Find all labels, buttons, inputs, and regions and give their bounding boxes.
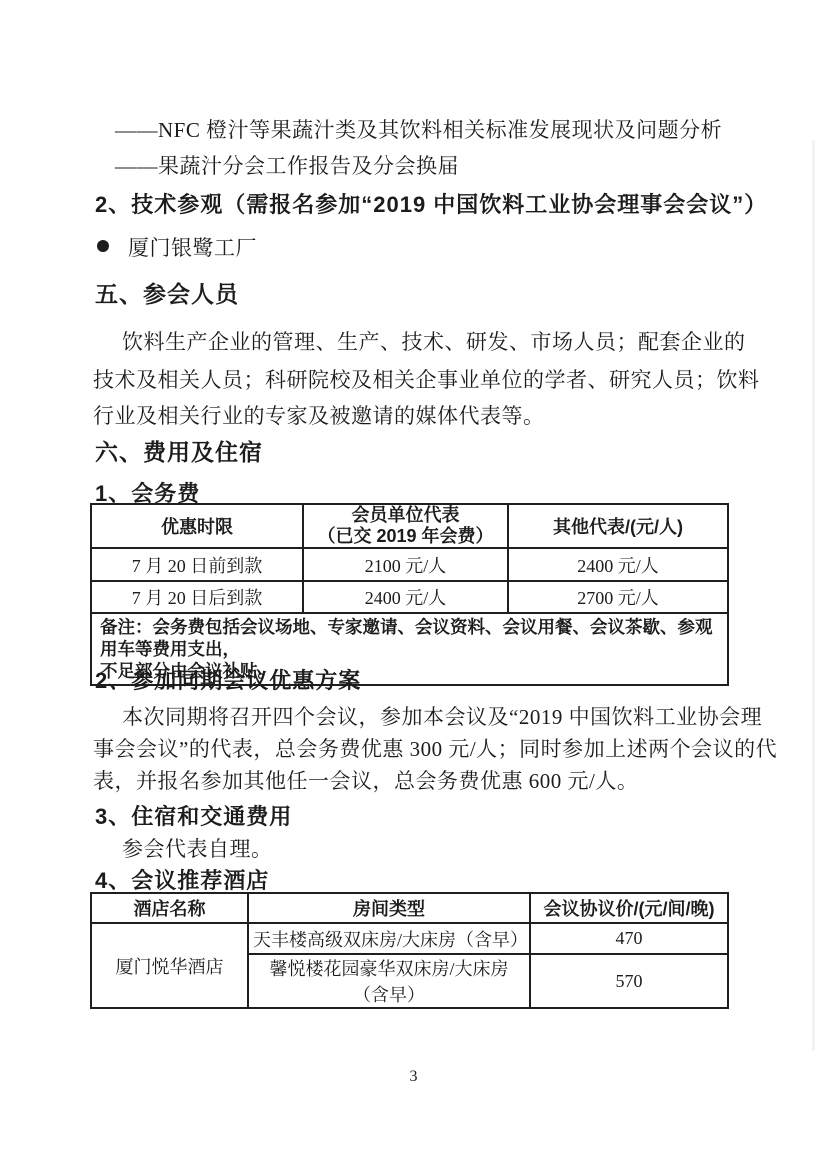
hotel-col-room-header: 房间类型 xyxy=(248,893,530,923)
fee-member-cell: 2400 元/人 xyxy=(303,581,508,613)
hotel-room-cell: 天丰楼高级双床房/大床房（含早） xyxy=(248,923,530,954)
fee-col-other-header: 其他代表/(元/人) xyxy=(508,504,728,548)
agenda-dash-item-2: ——果蔬汁分会工作报告及分会换届 xyxy=(115,150,459,180)
fee-period-cell: 7 月 20 日后到款 xyxy=(91,581,303,613)
agenda-dash-item-1: ——NFC 橙汁等果蔬汁类及其饮料相关标准发展现状及问题分析 xyxy=(115,114,722,144)
fee-col-period-header: 优惠时限 xyxy=(91,504,303,548)
recommended-hotel-table: 酒店名称 房间类型 会议协议价/(元/间/晚) 厦门悦华酒店 天丰楼高级双床房/… xyxy=(90,892,729,1009)
hotel-heading: 4、会议推荐酒店 xyxy=(95,864,269,895)
hotel-price-cell: 470 xyxy=(530,923,728,954)
hotel-name-cell: 厦门悦华酒店 xyxy=(91,923,248,1008)
hotel-room-cell: 馨悦楼花园豪华双床房/大床房（含早） xyxy=(248,954,530,1008)
fee-other-cell: 2700 元/人 xyxy=(508,581,728,613)
fee-other-cell: 2400 元/人 xyxy=(508,548,728,581)
hotel-col-price-header: 会议协议价/(元/间/晚) xyxy=(530,893,728,923)
fees-section-heading: 六、费用及住宿 xyxy=(95,434,263,467)
attendees-paragraph-line-3: 行业及相关行业的专家及被邀请的媒体代表等。 xyxy=(93,400,545,430)
hotel-price-cell: 570 xyxy=(530,954,728,1008)
discount-paragraph-line-3: 表，并报名参加其他任一会议，总会务费优惠 600 元/人。 xyxy=(93,765,638,795)
bullet-item-factory: 厦门银鹭工厂 xyxy=(128,232,257,262)
fee-table-row-late: 7 月 20 日后到款 2400 元/人 2700 元/人 xyxy=(91,581,728,613)
conference-fee-table: 优惠时限 会员单位代表 （已交 2019 年会费） 其他代表/(元/人) 7 月… xyxy=(90,503,729,686)
page-number: 3 xyxy=(0,1068,827,1086)
fee-member-cell: 2100 元/人 xyxy=(303,548,508,581)
fee-table-row-early: 7 月 20 日前到款 2100 元/人 2400 元/人 xyxy=(91,548,728,581)
document-page: ——NFC 橙汁等果蔬汁类及其饮料相关标准发展现状及问题分析 ——果蔬汁分会工作… xyxy=(0,0,827,1170)
attendees-paragraph-line-1: 饮料生产企业的管理、生产、技术、研发、市场人员；配套企业的 xyxy=(122,326,746,356)
fee-table-header-row: 优惠时限 会员单位代表 （已交 2019 年会费） 其他代表/(元/人) xyxy=(91,504,728,548)
discount-heading: 2、参加同期会议优惠方案 xyxy=(95,664,361,695)
fee-col-member-header: 会员单位代表 （已交 2019 年会费） xyxy=(303,504,508,548)
attendees-section-heading: 五、参会人员 xyxy=(95,276,239,309)
technical-visit-heading: 2、技术参观（需报名参加“2019 中国饮料工业协会理事会会议”） xyxy=(95,188,767,219)
hotel-table-header-row: 酒店名称 房间类型 会议协议价/(元/间/晚) xyxy=(91,893,728,923)
lodging-text: 参会代表自理。 xyxy=(122,833,273,863)
discount-paragraph-line-2: 事会会议”的代表，总会务费优惠 300 元/人；同时参加上述两个会议的代 xyxy=(93,733,777,763)
lodging-heading: 3、住宿和交通费用 xyxy=(95,800,292,831)
attendees-paragraph-line-2: 技术及相关人员；科研院校及相关企事业单位的学者、研究人员；饮料 xyxy=(93,364,760,394)
bullet-icon xyxy=(97,240,109,252)
hotel-table-row-1: 厦门悦华酒店 天丰楼高级双床房/大床房（含早） 470 xyxy=(91,923,728,954)
fee-period-cell: 7 月 20 日前到款 xyxy=(91,548,303,581)
hotel-col-name-header: 酒店名称 xyxy=(91,893,248,923)
scan-artifact-line xyxy=(812,140,815,1050)
discount-paragraph-line-1: 本次同期将召开四个会议，参加本会议及“2019 中国饮料工业协会理 xyxy=(122,701,762,731)
